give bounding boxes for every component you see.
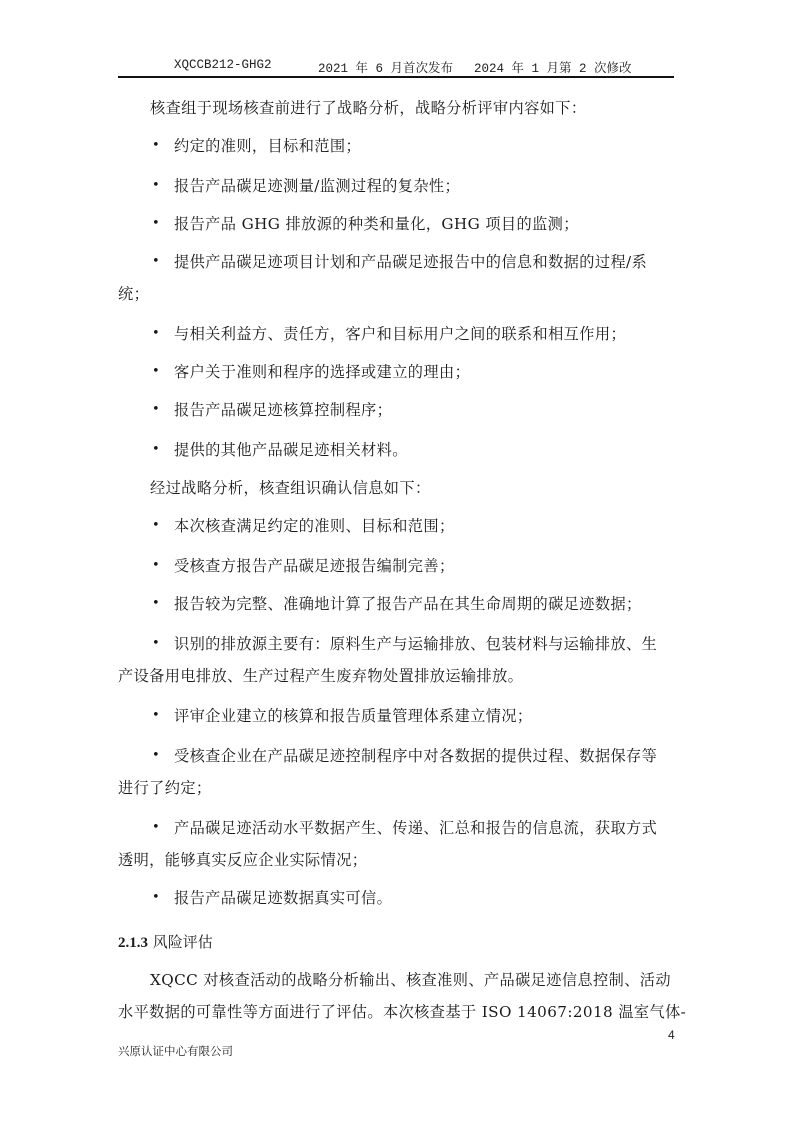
page-number: 4 xyxy=(668,1028,675,1042)
intro-paragraph-2: 经过战略分析，核查组识确认信息如下： xyxy=(150,478,431,498)
bullet-icon: • xyxy=(152,746,160,766)
section-number: 2.1.3 xyxy=(118,935,148,951)
section-title: 风险评估 xyxy=(153,933,213,951)
bullet-icon: • xyxy=(152,400,160,420)
intro-paragraph-1: 核查组于现场核查前进行了战略分析，战略分析评审内容如下： xyxy=(150,98,586,118)
header-divider xyxy=(118,76,674,78)
bullet-icon: • xyxy=(152,324,160,344)
bullet-icon: • xyxy=(152,176,160,196)
revision-date: 2024 年 1 月第 2 次修改 xyxy=(474,58,632,76)
section-heading: 2.1.3 风险评估 xyxy=(118,932,213,953)
confirm-item-continuation: 产设备用电排放、生产过程产生废弃物处置排放运输排放。 xyxy=(118,666,523,686)
review-item-continuation: 统； xyxy=(118,284,149,304)
bullet-icon: • xyxy=(152,634,160,654)
bullet-icon: • xyxy=(152,556,160,576)
confirm-item-continuation: 进行了约定； xyxy=(118,778,212,798)
first-release-date: 2021 年 6 月首次发布 xyxy=(318,58,453,76)
bullet-icon: • xyxy=(152,516,160,536)
bullet-icon: • xyxy=(152,362,160,382)
bullet-icon: • xyxy=(152,888,160,908)
section-paragraph-line-2: 水平数据的可靠性等方面进行了评估。本次核查基于 ISO 14067:2018 温… xyxy=(118,1002,686,1022)
bullet-icon: • xyxy=(152,818,160,838)
bullet-icon: • xyxy=(152,136,160,156)
bullet-icon: • xyxy=(152,440,160,460)
document-code: XQCCB212-GHG2 xyxy=(174,58,272,72)
confirm-item-continuation: 透明，能够真实反应企业实际情况； xyxy=(118,850,367,870)
bullet-icon: • xyxy=(152,252,160,272)
bullet-icon: • xyxy=(152,706,160,726)
footer-company: 兴原认证中心有限公司 xyxy=(118,1043,233,1059)
page-header: XQCCB212-GHG2 2021 年 6 月首次发布 2024 年 1 月第… xyxy=(118,56,674,76)
bullet-icon: • xyxy=(152,214,160,234)
section-paragraph-line-1: XQCC 对核查活动的战略分析输出、核查准则、产品碳足迹信息控制、活动 xyxy=(150,970,671,990)
bullet-icon: • xyxy=(152,594,160,614)
